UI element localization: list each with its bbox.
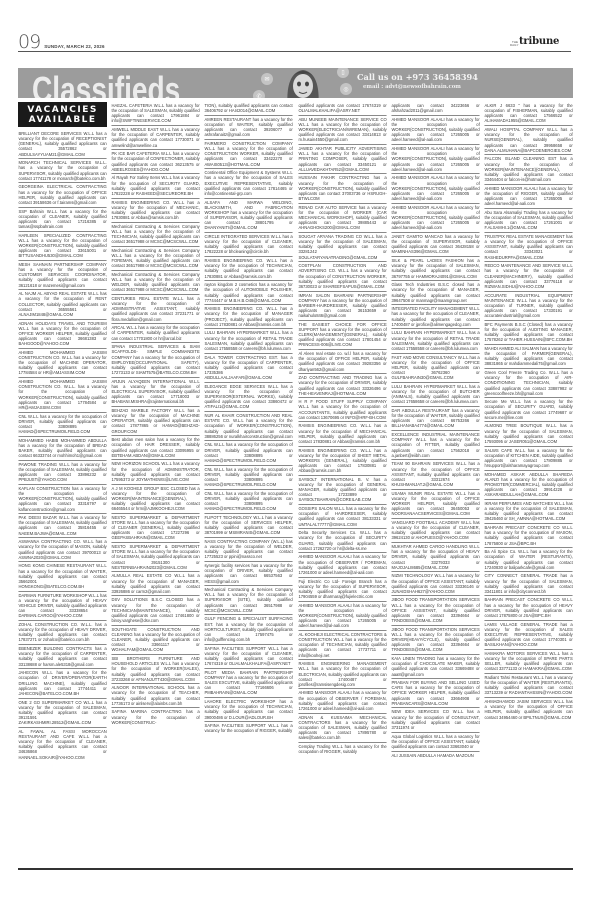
classified-ad: FAST AND MOVE CONSULTANCY W.L.L has a va… [391,354,479,383]
phone-icon: ✆ [253,90,265,98]
classified-ad: GOSSIPS SALON W.L.L has a vacancy for th… [298,505,386,529]
classified-ad: AHMED MANSOOR ALAALI has a vacancy for t… [391,116,479,145]
classified-ad: Fuji Electric Co Ltd- Foreign Branch has… [298,578,386,602]
classified-ad: TION), suitably qualified applicants can… [205,102,293,116]
classified-ad: SAFINA MARINA CONTRACTING has a vacancy … [112,708,200,726]
footer-rule [18,868,573,870]
classified-ad: Cemplay Trading W.L.L has a vacancy for … [298,743,386,756]
classified-ad: CIRCLE INTEGRATED SERVICES W.L.L has a v… [205,233,293,257]
classified-ad: ONE 2 GO SUPERMARKET CO W.L.L has a vaca… [18,699,106,728]
classified-ad: IMRAN SALON BAHRAINI PARTNERSHIP COMPANY… [298,292,386,321]
classified-ad: JIBOO FOOD TRANSPORTATION SERVICES W.L.L… [391,596,479,625]
ad-list: TION), suitably qualified applicants can… [204,102,293,735]
classified-ad: INTEGRATED FACILITY MANAGEMENT W.L.L has… [391,305,479,329]
column-3: TION), suitably qualified applicants can… [204,102,293,868]
classified-ad: ALKIR J 6633 " has a vacancy for the occ… [484,102,572,126]
classified-ad: ALI JUSSAIN ABDULLA HAMADA MAZOUN [391,752,479,760]
classified-ad: FALCON ISLAND CLEANING EST has a vacancy… [484,155,572,184]
classified-ad: Glass Tech Industries B.S.C closed has a… [391,281,479,305]
classified-ad: AHMED MANSOOR ALAALI has a vacancy for t… [391,145,479,174]
classified-ad: Continental Office Equipment & Systems W… [205,169,293,198]
classified-ad: AHMED MANSOOR ALAALI has a vacancy for t… [298,689,386,713]
classified-ad: HAMAKRA MOTORS SERVICES W.L.L has a vaca… [484,650,572,674]
classified-ad: HONG KONG CHINESE RESTAURANT W.L.L has a… [18,562,106,591]
classified-ad: MOHAMMED HABIB MOHAMMED ABDULLA has a va… [18,437,106,461]
classified-ad: NIZMI TECHNOLOGY W.L.L has a vacancy for… [391,572,479,596]
call-us-text: Call us on +973 36458394 [357,72,478,82]
classified-ad: Mechanical Contracting & Services Compan… [112,223,200,247]
mobile-icon: ▯ [337,68,349,78]
classified-ad: NASS CONTRACTING COMPANY (W.L.L) has a v… [205,538,293,562]
classified-ad: CENTURIES REAL ESTATE W.L.L has a vacanc… [112,295,200,324]
classified-ad: applicants can contact 34223656 or afsha… [391,102,479,116]
classified-ad: PAK DEESI BAZAR W.L.L has a vacancy for … [18,514,106,538]
classified-ad: ADNAN & KUSSAIMA MECHANICAL CONTRACTORS … [298,714,386,743]
column-6: ALKIR J 6633 " has a vacancy for the occ… [484,102,573,868]
classified-ad: GULF FENCING & SPECIALIST SURFACING EST.… [205,615,293,644]
classified-ad: ACCURATE INDUSTRIAL EQUIPMENT MAINTENANC… [484,292,572,321]
column-4: qualified applicants can contact 1767431… [298,102,387,868]
classified-ad: SPANA INDUSTRIAL SERVICES & SIAM SCAFFOL… [112,343,200,377]
classified-ad: Secure Me W.L.L has a vacancy for the oc… [484,398,572,422]
classified-ad: REDCO MAINTENANCE AND SERVICE W.L.L has … [484,262,572,291]
classified-ad: EBENEZER BUILDING CONTRACTS has a vacanc… [18,645,106,669]
classified-ad: Radiant Tahsi Restaurant W.L.L has a vac… [484,674,572,698]
classified-ad: CNL W.L.L has a vacancy for the occupati… [205,490,293,514]
newspaper-logo: THE DAILY tribune [510,36,559,47]
classified-ad: RAMSIS ENGINEERING CO. W.L.L has a vacan… [298,447,386,476]
classified-ad: ALNOOR INTERNATIONAL SCHOOL has a vacanc… [112,684,200,708]
classified-ad: NEW HORIZON SCHOOL W.L.L has a vacancy f… [112,460,200,484]
customer-service-illustration-icon [280,68,326,98]
ad-list: applicants can contact 34223656 or afsha… [391,102,480,759]
classified-ad: PK ICE BAR CAFETERIA W.L.L has a vacancy… [112,150,200,174]
column-1: VACANCIES AVAILABLE BRILLIANT DECORE SER… [18,102,107,868]
classified-ad: DSV SOLUTIONS B.S.C CLOSED has a vacancy… [112,596,200,625]
classified-ad: FAIRMERO CONSTRUCTION COMPANY W.L.L has … [205,140,293,169]
classified-ad: Ba Ali Spice Co. W.L.L has a vacancy for… [484,548,572,572]
classified-ad: JIBOO FOOD TRANSPORTATION SERVICES W.L.L… [391,626,479,655]
classified-ad: COSTPLAN CONSTRUCTION AND ADVERTISING CO… [298,262,386,291]
classified-ad: MUKHTAR AHMED CARGO HANDLING W.L.L has a… [391,543,479,572]
classified-ad: HARLEEN SPECIALIZED CONTRACTING W.L.L ha… [18,232,106,261]
classified-ad: Mechanical Contracting & Services Compan… [112,271,200,295]
classified-ad: Mechanical Contracting & Services Compan… [205,586,293,615]
classified-ad: GEORGEINA ELECTRICAL CONTRACTING has a v… [18,183,106,207]
column-2: HAEZAL CAFETERIA W.L.L has a vacancy for… [111,102,200,868]
classified-ad: THE EASIEST CHOICE FOR OFFICE SUPPORT ha… [298,321,386,350]
classified-ad: IKRAM PERFUMES AND WATCHES W.L.L has a v… [484,500,572,524]
classified-ad: rayton kingdom 2 cosmetics has a vacancy… [205,281,293,305]
classified-ad: ADNAN HOLIDAYS TRAVEL AND TOURISM W.L.L … [18,320,106,349]
classified-ad: ALMULLA REAL ESTATE CO W.L.L has a vacan… [112,572,200,596]
classified-ad: LULU BAHRAIN HYPERMARKET W.L.L has a vac… [391,329,479,353]
classified-ad: AHMED MANSOOR ALAALI has a vacancy for t… [484,185,572,209]
classified-ad: AHMED MANSOOR ALAALI has a vacancy for t… [298,553,386,577]
classified-ad: HUSSAIN FAKHR CONTRACTING has a vacancy … [298,174,386,203]
classified-ad: KAFLAN CONSTRUCTION has a vacancy for th… [18,485,106,514]
ad-list: qualified applicants can contact 1767431… [298,102,387,756]
classified-ad: CNL W.L.L has a vacancy for the occupati… [205,466,293,490]
classified-ad: RAMSIS ENGINEERING MANAGEMENT W.L.L has … [298,660,386,689]
classified-ad: AHMED MOHAMMED JASSIM CONSTRUCTION CO. W… [18,378,106,412]
classified-ad: BFC Payments B.S.C (Closed) has a vacanc… [484,321,572,345]
classified-ad: JAHECON W.L.L has a vacancy for the occu… [18,669,106,698]
classified-ad: LAHORE ELECTRIC WORKSHOP has a vacancy f… [205,698,293,722]
classified-ad: SOUTHGATE CONSTRUCTION AND CLEANING has … [112,626,200,655]
classified-ad: PILOT MEDIA BAHRAIN PARTNERSHIP COMPANY … [205,669,293,698]
classified-ad: AHMED MOHAMMED JASSIM CONSTRUCTION CO. W… [18,349,106,378]
classified-ad: ZOHAL CONSTRUCTION CO. W.L.L. has a vaca… [18,621,106,645]
classified-ad: BRILLIANT DECORE SERVICES W.L.L has a va… [18,130,106,159]
ad-list: HAEZAL CAFETERIA W.L.L has a vacancy for… [111,102,200,726]
classified-ad: NUR AL KHAIR CONSTRUCTION AND REAL ESTAT… [205,412,293,441]
classified-ad: AHMED MANSOOR ALAALI has a vacancy for t… [391,174,479,203]
classified-ad: LULU BAHRAIN HYPERMARKET W.L.L has a vac… [205,329,293,353]
classified-ad: AHMED MANSOOR ALAALI has a vacancy for t… [391,204,479,233]
classifieds-banner: Classifieds ✉ ✆ ▯ ◎ Call us on +973 3645… [18,68,573,98]
classified-ad: RENAD CAR AUTO SERVICE has a vacancy for… [298,204,386,233]
classified-ad: Aqua Global Logistics W.L.L has a vacanc… [391,733,479,752]
classified-ad: CITY CONNECT GENERAL TRADE has a vacancy… [484,572,572,596]
classified-ad: EXCELLENCE INDUSTRIAL MAINTENANCE COMPAN… [391,431,479,460]
classified-ad: PAWONE TRADING W.L.L has a vacancy for t… [18,461,106,485]
classified-ad: SILK & PEARL LADIES FASHION has a vacanc… [391,257,479,281]
classified-ad: ARJUN ALYAQEEN INTERNATIONAL W.L.L has a… [112,378,200,407]
classified-ad: JAWED AKHTAR PUBLICITY ADVERTISING W.L.L… [298,145,386,174]
section-title: Classifieds [32,72,180,98]
page-masthead: 09 SUNDAY, MARCH 22, 2026 [18,30,271,52]
classified-ad: synergic facility services has a vacancy… [205,562,293,586]
classified-ad: Abu Sara Alsamaliyi Trading has a vacanc… [484,209,572,233]
classified-ad: A J M KOOHEJI GROUP BSC CLOSED has a vac… [112,485,200,514]
classified-ad: FLIPOTT TECHNOLOGY W.L.L has a vacancy f… [205,514,293,538]
column-5: applicants can contact 34223656 or afsha… [391,102,480,868]
classified-ad: ZAD CONTRACTING AND TRADING has a vacanc… [298,374,386,398]
classified-ad: DARMAN FURNITURE WORKSHOP W.L.L has a va… [18,592,106,621]
classified-ad: SBI BROTHERS FURNITURE AND HOUSEHOLD ART… [112,655,200,684]
classified-ad: SAFINA FACILITIES SUPPORT W.L.L has a va… [205,722,293,735]
classified-ad: ALMOND TREE BOUTIQUE W.L.L has a vacancy… [484,422,572,446]
classified-ad: Green Cool Freeze Trading Co. W.L.L has … [484,369,572,398]
classified-ad: ARCAL W.L.L has a vacancy for the occupa… [112,324,200,343]
classified-ad: DAR ABDULLA RESTAURANT has a vacancy for… [391,407,479,431]
classified-ad: AL NAJM AL ABYAD REAL ESTATE W.L.L has a… [18,290,106,319]
classified-ad: AL KOOHEJI ELECTRICAL CONTRACTORS & CONS… [298,631,386,660]
classified-ad: BAHRAIN PRECAST CONCRETE CO W.L.L has a … [484,596,572,620]
vacancies-heading: VACANCIES AVAILABLE [18,102,107,127]
classified-ad: CNL W.L.L has a vacancy for the occupati… [205,441,293,465]
classified-ad: SAYBOLT INTERNATIONAL B. V. has a vacanc… [298,476,386,505]
classified-ad: SOUGAT ARYANA TRADING CO W.L.L has a vac… [298,233,386,262]
classified-ad: AHMED MANSOOR ALAALI has a vacancy for t… [298,602,386,631]
classified-ad: BEHZAD MARBLE FACTORY W.L.L has a vacanc… [112,407,200,436]
classified-ad: RAMSIS ENGINEERING CO. W.L.L has a vacan… [298,422,386,446]
classified-ad: AL FAWAL AL FASSI MOROCCAN RESTAURANT AN… [18,728,106,761]
classified-ad: qualified applicants can contact 1767431… [298,102,386,116]
classified-ad: NEW IDEA SERVICES CO W.L.L has a vacancy… [391,708,479,732]
classified-ad: USAMA MUNIR REAL ESTATE W.L.L has a vaca… [391,490,479,519]
classified-ad: ASWANNA CONTRACTING CO. W.L.L has a vaca… [18,538,106,562]
classified-ad: SAFINA FACILITIES SUPPORT W.L.L has a va… [205,645,293,669]
globe-icon: ◎ [340,83,352,95]
classified-ad: NESTO SUPERMARKET & DEPARTMENT STORE W.L… [112,543,200,572]
classified-ad: Best abdan men salon has a vacancy for t… [112,436,200,460]
classified-ad: Delta Security Services Co. W.L.L has a … [298,529,386,553]
classified-ad: KAIA LINEN TRADING has a vacancy for the… [391,655,479,679]
classified-columns: VACANCIES AVAILABLE BRILLIANT DECORE SER… [18,102,573,868]
classified-ad: DALA TOWER CONTRACTING EST. has a vacanc… [205,354,293,383]
classified-ad: SALWS CAFE W.L.L has a vacancy for the o… [484,447,572,471]
logo-prefix: THE DAILY [510,41,518,47]
classified-ad: H R F FOOD STUFF SUPPLY COMPANY W.L.L ha… [298,398,386,422]
classified-ad: AWALI HOSPITAL COMPANY W.L.L has a vacan… [484,126,572,155]
classified-ad: Al Aleen real estate co. w.l.l has a vac… [298,350,386,374]
classified-ad: BAHRAIN PRECAST CONCRETE CO W.L.L has a … [484,524,572,548]
classified-ad: MAHDI AHMED ALI SALMAN has a vacancy for… [484,345,572,369]
vacancies-heading-line1: VACANCIES [18,105,107,115]
classified-ad: ABU MUNEEB MAINTENANCE SERVICE CO W.L.L … [298,116,386,145]
classified-ad: MONARCH TECHNICAL SERVICES W.L.L. has a … [18,159,106,183]
classified-ad: MOHAMED ASKAR ABDULLA SHAREDA ALANZI has… [484,471,572,500]
classified-ad: Al Rayah For Safety Items W.L.L has a va… [112,174,200,198]
classified-ad: AHMADHAMOD JASIM SERVICES W.L.L has a va… [484,698,572,721]
classified-ad: SSP Bahrain W.L.L has a vacancy for the … [18,208,106,232]
classified-ad: TRUSTPIX REAL ESTATE MANAGEMENT has a va… [484,233,572,262]
page-date: SUNDAY, MARCH 22, 2026 [44,44,105,49]
classified-ad: LAMIS VILLAGE GENERAL TRADE has a vacanc… [484,621,572,650]
classified-ad: HAEZAL CAFETERIA W.L.L has a vacancy for… [112,102,200,126]
classified-ad: ELEGANCE EDGE SERVICES W.L.L has a vacan… [205,383,293,412]
classified-ad: RAMSIS ENGINEERING CO. W.L.L has a vacan… [112,199,200,223]
email-text: email : advt@newsofbahrain.com [363,84,461,90]
classified-ad: ALSAFA AND MARWA WELDING, BLACKSMITH, AN… [205,199,293,233]
classified-ad: CNL W.L.L has a vacancy for the occupati… [18,413,106,437]
classified-ad: MESH SAHNAIN PARTNERSHIP COMPANY has a v… [18,261,106,290]
classified-ad: VANGUARD FOOTBALL ACADEMY W.L.L has a va… [391,519,479,543]
classified-ad: AMWELL MIDDLE EAST W.L.L has a vacancy f… [112,126,200,150]
classified-ad: TEAM 90 BAHRAIN SERVICES W.L.L has a vac… [391,460,479,489]
logo-name: tribune [519,36,559,47]
classified-ad: NESTO SUPERMARKET & DEPARTMENT STORE W.L… [112,514,200,543]
page-number: 09 [18,33,40,52]
header-rule [18,51,571,52]
classified-ad: Mechanical Contracting & Services Compan… [112,247,200,271]
mail-icon: ✉ [261,73,273,85]
vacancies-heading-line2: AVAILABLE [18,115,107,125]
classified-ad: RAMSIS ENGINEERING CO. W.L.L has a vacan… [205,305,293,329]
classified-ad: LULU BAHRAIN HYPERMARKET W.L.L has a vac… [391,383,479,407]
classified-ad: JANET GAMITO MANCAO has a vacancy for th… [391,233,479,257]
classified-ad: AMREEN RESTAURANT has a vacancy for the … [205,116,293,140]
ad-list: BRILLIANT DECORE SERVICES W.L.L has a va… [18,130,107,761]
classified-ad: PRABAN FOR BUYING AND SELLING USED CARS … [391,679,479,708]
ad-list: ALKIR J 6633 " has a vacancy for the occ… [484,102,573,721]
classified-ad: RAMSIS ENGINEERING CO. W.L.L has a vacan… [205,257,293,281]
